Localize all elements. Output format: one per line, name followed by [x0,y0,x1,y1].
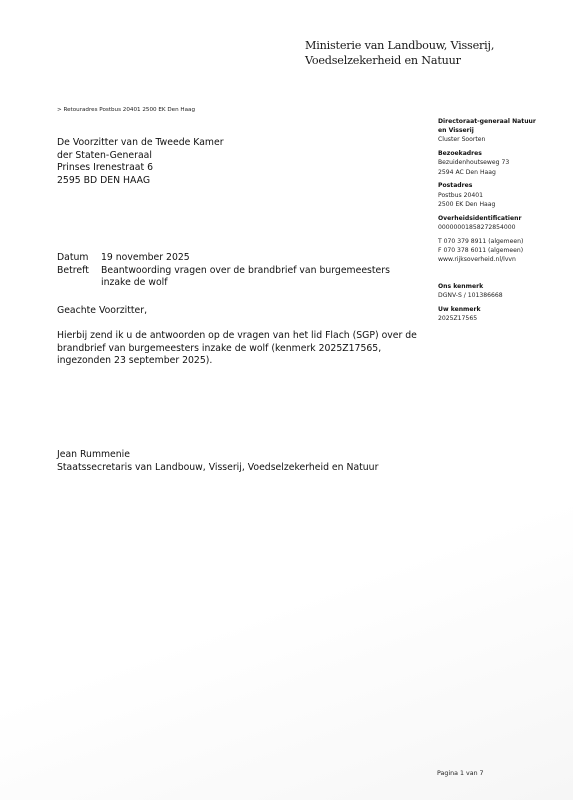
department-cluster: Cluster Soorten [438,135,568,144]
postal-address-block: Postadres Postbus 20401 2500 EK Den Haag [438,181,568,209]
signature-block: Jean Rummenie Staatssecretaris van Landb… [57,449,378,474]
addressee-line: 2595 BD DEN HAAG [57,175,224,188]
your-reference-value: 2025Z17565 [438,314,568,323]
subject-value: Beantwoording vragen over de brandbrief … [101,265,421,290]
addressee-line: Prinses Irenestraat 6 [57,162,224,175]
ministry-line-1: Ministerie van Landbouw, Visserij, [305,38,494,53]
subject-row: Betreft Beantwoording vragen over de bra… [57,265,421,290]
your-reference-block: Uw kenmerk 2025Z17565 [438,305,568,323]
visit-address-line: 2594 AC Den Haag [438,168,568,177]
return-address: > Retouradres Postbus 20401 2500 EK Den … [57,107,195,113]
website-link[interactable]: www.rijksoverheid.nl/lvvn [438,255,568,264]
date-value: 19 november 2025 [101,252,421,265]
phone-number: T 070 379 8911 (algemeen) [438,237,568,246]
our-reference-heading: Ons kenmerk [438,282,568,291]
department-block: Directoraat-generaal Natuur en Visserij … [438,117,568,145]
fax-number: F 070 378 6011 (algemeen) [438,246,568,255]
date-row: Datum 19 november 2025 [57,252,421,265]
colofon-sidebar: Directoraat-generaal Natuur en Visserij … [438,117,568,328]
gov-id-block: Overheidsidentificatienr 000000018582728… [438,214,568,232]
addressee-line: der Staten-Generaal [57,150,224,163]
signatory-title: Staatssecretaris van Landbouw, Visserij,… [57,462,378,475]
visit-address-block: Bezoekadres Bezuidenhoutseweg 73 2594 AC… [438,149,568,177]
department-heading: en Visserij [438,126,568,135]
ministry-logo-text: Ministerie van Landbouw, Visserij, Voeds… [305,38,494,68]
subject-label: Betreft [57,265,101,290]
gov-id-value: 00000001858272854000 [438,223,568,232]
visit-address-heading: Bezoekadres [438,149,568,158]
letter-body: Hierbij zend ik u de antwoorden op de vr… [57,330,427,368]
your-reference-heading: Uw kenmerk [438,305,568,314]
addressee-line: De Voorzitter van de Tweede Kamer [57,137,224,150]
our-reference-value: DGNV-S / 101386668 [438,291,568,300]
postal-address-line: 2500 EK Den Haag [438,200,568,209]
date-label: Datum [57,252,101,265]
ministry-line-2: Voedselzekerheid en Natuur [305,53,494,68]
visit-address-line: Bezuidenhoutseweg 73 [438,158,568,167]
page-indicator: Pagina 1 van 7 [437,770,484,777]
contact-block: T 070 379 8911 (algemeen) F 070 378 6011… [438,237,568,265]
postal-address-line: Postbus 20401 [438,191,568,200]
postal-address-heading: Postadres [438,181,568,190]
our-reference-block: Ons kenmerk DGNV-S / 101386668 [438,282,568,300]
salutation: Geachte Voorzitter, [57,305,147,318]
letter-meta: Datum 19 november 2025 Betreft Beantwoor… [57,252,421,290]
addressee-block: De Voorzitter van de Tweede Kamer der St… [57,137,224,187]
department-heading: Directoraat-generaal Natuur [438,117,568,126]
signatory-name: Jean Rummenie [57,449,378,462]
gov-id-heading: Overheidsidentificatienr [438,214,568,223]
